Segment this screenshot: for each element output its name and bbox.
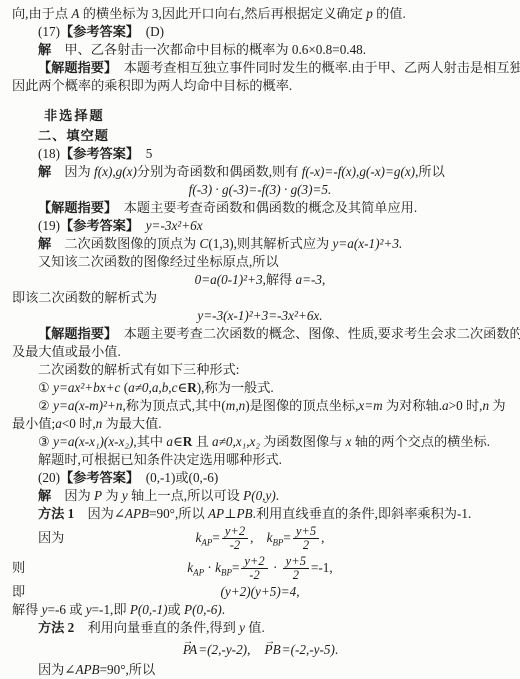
text-run: <0 时,: [62, 416, 96, 431]
text-run: ),称为一般式.: [197, 380, 274, 395]
text-run: 因此两个概率的乘积即为两人均命中目标的概率.: [12, 78, 292, 93]
text-line: 【解题指要】 本题主要考查二次函数的概念、图像、性质,要求考生会求二次函数的解析…: [10, 325, 510, 343]
text-run: y=a(x-m)²+n: [53, 398, 122, 413]
text-run: y=-3(x-1)²+3=-3x²+6x.: [197, 308, 322, 323]
text-run: 轴的两个交点的横坐标.: [352, 434, 490, 449]
text-run: ,所以: [415, 164, 445, 179]
text-run: APB: [75, 662, 99, 677]
text-run: g(-x)=g(x): [359, 164, 415, 179]
text-line: 解 因为 f(x),g(x)分别为奇函数和偶函数,则有 f(-x)=-f(x),…: [10, 163, 510, 181]
text-run: APB: [125, 506, 149, 521]
fraction-denominator: 2: [293, 539, 319, 553]
equation-label: 因为: [38, 523, 64, 553]
text-run: 的横坐标为 3,因此开口向右,然后再根据定义确定: [79, 6, 366, 21]
text-run: 因为: [51, 488, 94, 503]
text-run: x=m: [358, 398, 382, 413]
subscript: AP: [193, 568, 204, 578]
text-run: P: [94, 488, 102, 503]
text-run: 或: [168, 602, 184, 617]
text-run: 利用向量垂直的条件,得到: [74, 620, 239, 635]
text-run: ①: [38, 380, 53, 395]
text-run: 为: [489, 398, 505, 413]
text-run: 本题主要考查二次函数的概念、图像、性质,要求考生会求二次函数的解析式: [111, 326, 520, 341]
text-run: a: [55, 416, 62, 431]
text-line: 解 因为 P 为 y 轴上一点,所以可设 P(0,y).: [10, 487, 510, 505]
text-line: (19)【参考答案】 y=-3x²+6x: [10, 217, 510, 235]
text-line: 解得 y=-6 或 y=-1,即 P(0,-1)或 P(0,-6).: [10, 601, 510, 619]
text-run: R: [187, 380, 197, 395]
text-run: =: [232, 560, 239, 575]
text-run: 的值.: [373, 6, 406, 21]
document-page: 向,由于点 A 的横坐标为 3,因此开口向右,然后再根据定义确定 p 的值.(1…: [0, 0, 520, 679]
text-run: 解得: [12, 602, 42, 617]
text-run: 分别为奇函数和偶函数,则有: [137, 164, 302, 179]
text-run: ,: [322, 272, 325, 287]
text-line: f(-3) · g(-3)=-f(3) · g(3)=5.: [10, 181, 510, 199]
text-run: ,: [296, 584, 299, 599]
text-run: 【参考答案】: [60, 146, 133, 161]
text-line: 解题时,可根据已知条件决定选用哪种形式.: [10, 451, 510, 469]
fraction: y+2-2: [241, 555, 267, 584]
text-run: 又知该二次函数的图像经过坐标原点,所以: [38, 254, 279, 269]
text-run: 【参考答案】: [60, 24, 133, 39]
text-run: 【解题指要】: [38, 200, 111, 215]
vector-symbol: PA: [182, 639, 198, 661]
text-line: 因此两个概率的乘积即为两人均命中目标的概率.: [10, 77, 510, 95]
subscripted-symbol: kAP: [187, 560, 204, 575]
subscripted-symbol: kBP: [215, 560, 232, 575]
text-run: 因为∠: [74, 506, 125, 521]
text-run: g(x): [116, 164, 137, 179]
text-run: (D): [133, 24, 165, 39]
text-run: P(0,-1): [130, 602, 168, 617]
text-run: =(-2,-y-5): [282, 642, 335, 657]
text-run: 解: [38, 164, 51, 179]
fraction-numerator: y+2: [222, 525, 248, 540]
text-run: 为对称轴.: [383, 398, 442, 413]
text-run: 即该二次函数的解析式为: [12, 290, 157, 305]
text-run: (18): [38, 146, 60, 161]
text-line: 【解题指要】 本题考查相互独立事件同时发生的概率.由于甲、乙两人射击是相互独立的…: [10, 59, 510, 77]
subscript: AP: [201, 538, 212, 548]
fraction-denominator: -2: [222, 539, 248, 553]
text-line: 向,由于点 A 的横坐标为 3,因此开口向右,然后再根据定义确定 p 的值.: [10, 5, 510, 23]
text-run: 【参考答案】: [60, 218, 133, 233]
fraction-denominator: -2: [241, 569, 267, 583]
text-run: =-1,: [311, 560, 333, 575]
text-run: [133, 218, 146, 233]
text-run: PB: [236, 506, 252, 521]
text-run: 解: [38, 42, 51, 57]
fraction: y+52: [293, 525, 319, 554]
text-line: (17)【参考答案】 (D): [10, 23, 510, 41]
equation-label: 即: [12, 583, 25, 601]
text-run: ⊥: [224, 506, 236, 521]
text-run: ·: [270, 560, 281, 575]
text-line: ② y=a(x-m)²+n,称为顶点式,其中(m,n)是图像的顶点坐标,x=m …: [10, 397, 510, 415]
text-run: 5: [133, 146, 153, 161]
text-run: m,n: [226, 398, 245, 413]
text-run: >0 时,: [449, 398, 483, 413]
fraction-numerator: y+2: [241, 555, 267, 570]
document-content: 向,由于点 A 的横坐标为 3,因此开口向右,然后再根据定义确定 p 的值.(1…: [10, 5, 510, 679]
text-run: y=ax²+bx+c: [53, 380, 120, 395]
text-line: 解 甲、乙各射击一次都命中目标的概率为 0.6×0.8=0.48.: [10, 41, 510, 59]
text-run: y=-3x²+6x: [146, 218, 203, 233]
equation-label: 则: [12, 553, 25, 583]
text-run: =-1,即: [92, 602, 130, 617]
text-run: a: [166, 434, 173, 449]
text-run: =(2,-y-2): [198, 642, 247, 657]
text-line: 【解题指要】 本题主要考查奇函数和偶函数的概念及其简单应用.: [10, 199, 510, 217]
section-heading: 二、填空题: [10, 127, 510, 145]
text-run: 本题主要考查奇函数和偶函数的概念及其简单应用.: [111, 200, 418, 215]
text-line: 方法 2 利用向量垂直的条件,得到 y 值.: [10, 619, 510, 637]
text-run: P(0,y): [243, 488, 276, 503]
text-run: 因为: [51, 164, 94, 179]
text-run: ,其中: [133, 434, 166, 449]
text-run: ②: [38, 398, 53, 413]
text-run: =-6 或: [48, 602, 86, 617]
text-run: f(x): [94, 164, 112, 179]
text-line: 即该二次函数的解析式为: [10, 289, 510, 307]
text-run: 最小值;: [12, 416, 55, 431]
text-run: 【解题指要】: [38, 326, 111, 341]
text-run: 值.: [245, 620, 265, 635]
text-line: 及最大值或最小值.: [10, 343, 510, 361]
text-line: ① y=ax²+bx+c (a≠0,a,b,c∈R),称为一般式.: [10, 379, 510, 397]
text-run: =: [212, 530, 219, 545]
text-run: 方法 2: [38, 620, 74, 635]
subscript: BP: [272, 538, 283, 548]
text-run: 轴上一点,所以可设: [128, 488, 243, 503]
text-line: y=-3(x-1)²+3=-3x²+6x.: [10, 307, 510, 325]
text-run: 0=a(0-1)²+3: [195, 272, 263, 287]
text-run: p: [366, 6, 373, 21]
text-run: =: [283, 530, 290, 545]
text-run: a=-3: [296, 272, 322, 287]
text-run: ,称为顶点式,其中(: [122, 398, 225, 413]
text-run: 二次函数图像的顶点为: [51, 236, 199, 251]
text-run: .: [222, 602, 225, 617]
text-run: y=a(x-x₁)(x-x₂): [53, 434, 133, 449]
text-run: 为: [102, 488, 122, 503]
text-run: (0,-1)或(0,-6): [133, 470, 219, 485]
text-run: 二、填空题: [38, 128, 109, 143]
text-run: =90°,所以: [149, 506, 208, 521]
text-line: (18)【参考答案】 5: [10, 145, 510, 163]
fraction-numerator: y+5: [293, 525, 319, 540]
text-run: .利用直线垂直的条件,即斜率乘积为-1.: [253, 506, 472, 521]
text-line: 即(y+2)(y+5)=4,: [10, 583, 510, 601]
text-run: 解: [38, 236, 51, 251]
text-run: 甲、乙各射击一次都命中目标的概率为 0.6×0.8=0.48.: [51, 42, 366, 57]
text-run: ,解得: [263, 272, 296, 287]
text-run: .: [276, 488, 279, 503]
text-run: (1,3),则其解析式应为: [208, 236, 332, 251]
text-run: )是图像的顶点坐标,: [245, 398, 358, 413]
text-line: 最小值;a<0 时,n 为最大值.: [10, 415, 510, 433]
text-line: PA=(2,-y-2), PB=(-2,-y-5).: [10, 637, 510, 661]
text-line: 二次函数的解析式有如下三种形式:: [10, 361, 510, 379]
text-run: 向,由于点: [12, 6, 71, 21]
text-line: 方法 1 因为∠APB=90°,所以 AP⊥PB.利用直线垂直的条件,即斜率乘积…: [10, 505, 510, 523]
text-run: y=a(x-1)²+3.: [333, 236, 403, 251]
text-line: 因为∠APB=90°,所以: [10, 661, 510, 679]
text-run: 解: [38, 488, 51, 503]
text-run: ∈: [177, 380, 187, 395]
text-run: 方法 1: [38, 506, 74, 521]
text-run: ,: [250, 530, 266, 545]
text-run: .: [335, 642, 338, 657]
vector-symbol: PB: [264, 639, 282, 661]
subscripted-symbol: kBP: [267, 530, 284, 545]
text-run: ·: [204, 560, 215, 575]
text-run: 为函数图像与: [260, 434, 346, 449]
text-run: 本题考查相互独立事件同时发生的概率.由于甲、乙两人射击是相互独立的,: [111, 60, 520, 75]
text-run: 因为∠: [38, 662, 75, 677]
text-run: =90°,所以: [100, 662, 156, 677]
fraction-numerator: y+5: [283, 555, 309, 570]
text-line: 又知该二次函数的图像经过坐标原点,所以: [10, 253, 510, 271]
subscript: BP: [221, 568, 232, 578]
fraction-denominator: 2: [283, 569, 309, 583]
text-run: (: [120, 380, 128, 395]
text-line: 解 二次函数图像的顶点为 C(1,3),则其解析式应为 y=a(x-1)²+3.: [10, 235, 510, 253]
text-run: (y+2)(y+5)=4: [220, 584, 296, 599]
text-run: ,: [321, 530, 324, 545]
text-run: a≠0,x₁,x₂: [212, 434, 260, 449]
text-run: (20): [38, 470, 60, 485]
text-run: 【解题指要】: [38, 60, 111, 75]
subscripted-symbol: kAP: [196, 530, 213, 545]
text-run: 解题时,可根据已知条件决定选用哪种形式.: [38, 452, 282, 467]
text-line: ③ y=a(x-x₁)(x-x₂),其中 a∈R 且 a≠0,x₁,x₂ 为函数…: [10, 433, 510, 451]
text-run: 及最大值或最小值.: [12, 344, 121, 359]
section-heading: 非选择题: [10, 107, 510, 125]
text-line: 0=a(0-1)²+3,解得 a=-3,: [10, 271, 510, 289]
text-run: P(0,-6): [184, 602, 222, 617]
text-run: (17): [38, 24, 60, 39]
text-run: R: [183, 434, 193, 449]
text-run: 且: [192, 434, 212, 449]
text-line: 因为kAP=y+2-2, kBP=y+52,: [10, 523, 510, 553]
fraction: y+52: [283, 555, 309, 584]
text-run: 非选择题: [44, 108, 105, 123]
text-run: (19): [38, 218, 60, 233]
text-run: f(-3) · g(-3)=-f(3) · g(3)=5.: [189, 182, 332, 197]
fraction: y+2-2: [222, 525, 248, 554]
text-run: 为最大值.: [102, 416, 161, 431]
text-run: a: [442, 398, 449, 413]
text-run: a≠0,a,b,c: [128, 380, 177, 395]
text-run: 二次函数的解析式有如下三种形式:: [38, 362, 239, 377]
text-run: ,: [247, 642, 263, 657]
text-run: ∈: [173, 434, 183, 449]
text-run: ③: [38, 434, 53, 449]
text-line: 则kAP · kBP=y+2-2 · y+52=-1,: [10, 553, 510, 583]
text-run: AP: [208, 506, 224, 521]
text-run: 【参考答案】: [60, 470, 133, 485]
text-run: f(-x)=-f(x): [302, 164, 356, 179]
text-line: (20)【参考答案】 (0,-1)或(0,-6): [10, 469, 510, 487]
